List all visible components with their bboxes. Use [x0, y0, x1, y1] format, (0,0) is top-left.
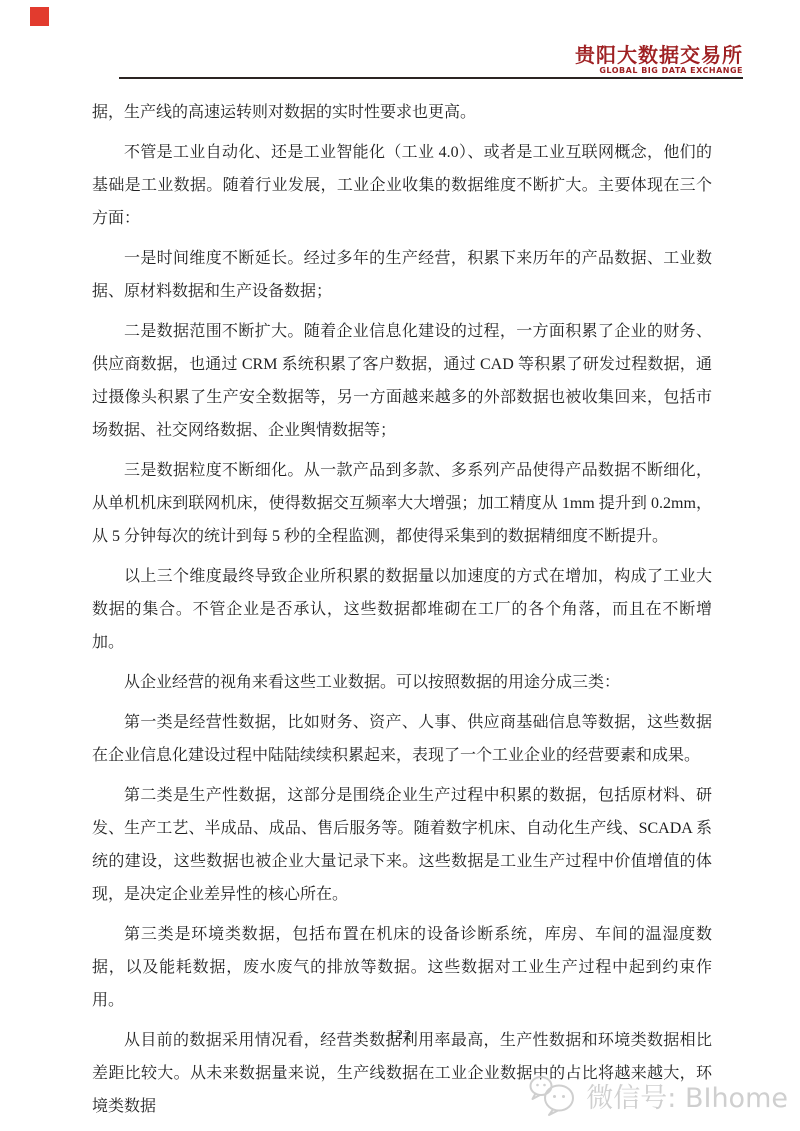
brand-name-en: GLOBAL BIG DATA EXCHANGE — [119, 66, 743, 75]
paragraph: 二是数据范围不断扩大。随着企业信息化建设的过程，一方面积累了企业的财务、供应商数… — [92, 315, 712, 447]
brand-name-cn: 贵阳大数据交易所 — [119, 44, 743, 66]
paragraph: 第三类是环境类数据，包括布置在机床的设备诊断系统，库房、车间的温湿度数据，以及能… — [92, 918, 712, 1017]
paragraph: 一是时间维度不断延长。经过多年的生产经营，积累下来历年的产品数据、工业数据、原材… — [92, 242, 712, 308]
wechat-watermark: 微信号: BIhome — [528, 1074, 788, 1116]
paragraph: 第一类是经营性数据，比如财务、资产、人事、供应商基础信息等数据，这些数据在企业信… — [92, 706, 712, 772]
paragraph: 据，生产线的高速运转则对数据的实时性要求也更高。 — [92, 96, 712, 129]
paragraph: 不管是工业自动化、还是工业智能化（工业 4.0）、或者是工业互联网概念，他们的基… — [92, 136, 712, 235]
paragraph: 从企业经营的视角来看这些工业数据。可以按照数据的用途分成三类： — [92, 666, 712, 699]
watermark-label: 微信号: BIhome — [586, 1076, 788, 1115]
page-number: 122 — [0, 1028, 800, 1044]
document-body: 据，生产线的高速运转则对数据的实时性要求也更高。不管是工业自动化、还是工业智能化… — [92, 96, 712, 1130]
paragraph: 第二类是生产性数据，这部分是围绕企业生产过程中积累的数据，包括原材料、研发、生产… — [92, 779, 712, 911]
paragraph: 三是数据粒度不断细化。从一款产品到多款、多系列产品使得产品数据不断细化，从单机机… — [92, 454, 712, 553]
masthead: 贵阳大数据交易所 GLOBAL BIG DATA EXCHANGE — [119, 44, 743, 79]
wechat-icon — [528, 1074, 578, 1116]
red-corner-mark — [30, 7, 49, 26]
paragraph: 以上三个维度最终导致企业所积累的数据量以加速度的方式在增加，构成了工业大数据的集… — [92, 560, 712, 659]
